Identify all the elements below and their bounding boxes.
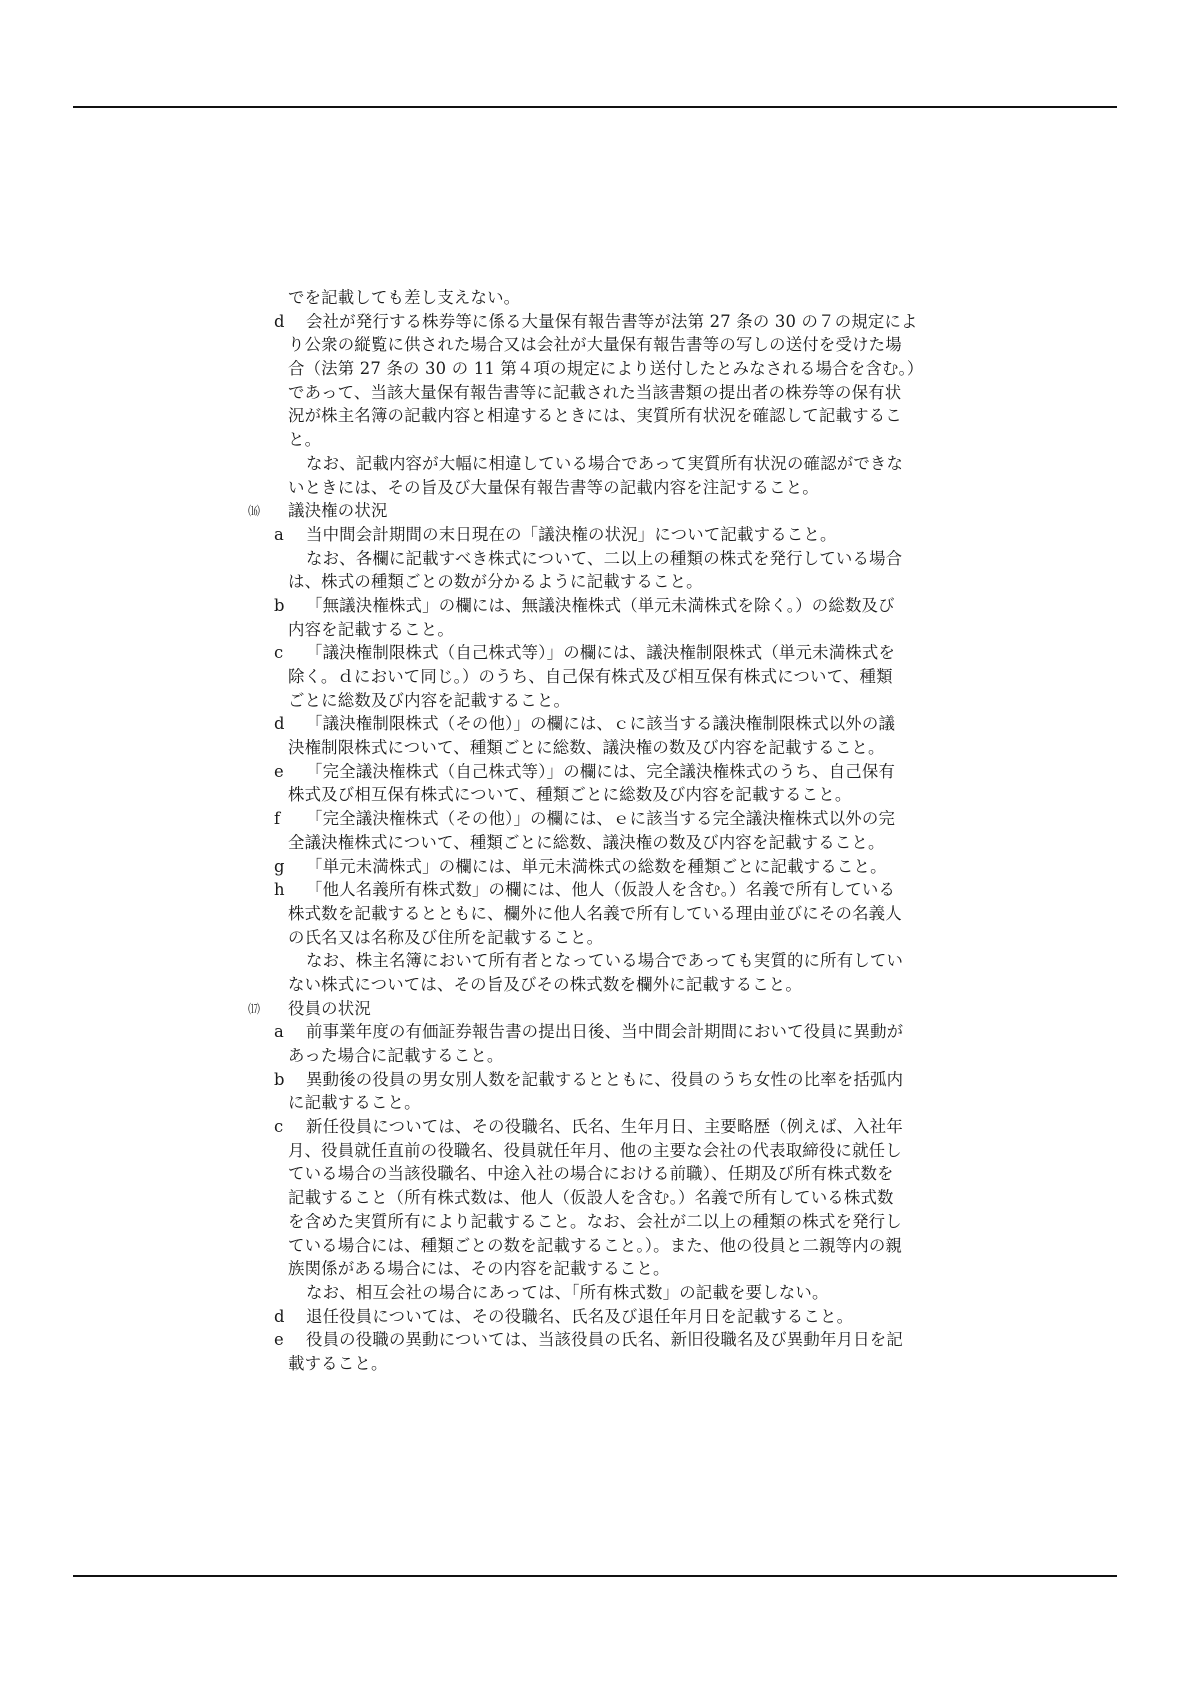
- continuation-line: 株式及び相互保有株式について、種類ごとに総数及び内容を記載すること。: [248, 783, 968, 807]
- line-text: ている場合の当該役職名、中途入社の場合における前職）、任期及び所有株式数を: [288, 1162, 894, 1186]
- line-text: あった場合に記載すること。: [288, 1044, 504, 1068]
- line-text: 除く。ｄにおいて同じ。）のうち、自己保有株式及び相互保有株式について、種類: [288, 665, 893, 689]
- continuation-line: 合（法第 27 条の 30 の 11 第４項の規定により送付したとみなされる場合…: [248, 357, 968, 381]
- item-text: 退任役員については、その役職名、氏名及び退任年月日を記載すること。: [306, 1305, 853, 1329]
- paragraph-start: なお、各欄に記載すべき株式について、二以上の種類の株式を発行している場合: [248, 547, 968, 571]
- line-text: の氏名又は名称及び住所を記載すること。: [288, 926, 603, 950]
- paragraph-text: なお、各欄に記載すべき株式について、二以上の種類の株式を発行している場合: [306, 547, 902, 571]
- continuation-line: に記載すること。: [248, 1091, 968, 1115]
- continuation-line: いときには、その旨及び大量保有報告書等の記載内容を注記すること。: [248, 476, 968, 500]
- item-text: 「完全議決権株式（その他）」の欄には、ｅに該当する完全議決権株式以外の完: [306, 807, 895, 831]
- continuation-line: は、株式の種類ごとの数が分かるように記載すること。: [248, 570, 968, 594]
- list-item: h「他人名義所有株式数」の欄には、他人（仮設人を含む。）名義で所有している: [248, 878, 968, 902]
- line-text: でを記載しても差し支えない。: [288, 286, 520, 310]
- item-text: 前事業年度の有価証券報告書の提出日後、当中間会計期間において役員に異動が: [306, 1020, 903, 1044]
- continuation-line: 記載すること（所有株式数は、他人（仮設人を含む。）名義で所有している株式数: [248, 1186, 968, 1210]
- list-item: e役員の役職の異動については、当該役員の氏名、新旧役職名及び異動年月日を記: [248, 1328, 968, 1352]
- list-item: a前事業年度の有価証券報告書の提出日後、当中間会計期間において役員に異動が: [248, 1020, 968, 1044]
- line-text: を含めた実質所有により記載すること。なお、会社が二以上の種類の株式を発行し: [288, 1210, 902, 1234]
- continuation-line: でを記載しても差し支えない。: [248, 286, 968, 310]
- list-item: e「完全議決権株式（自己株式等）」の欄には、完全議決権株式のうち、自己保有: [248, 760, 968, 784]
- continuation-line: あった場合に記載すること。: [248, 1044, 968, 1068]
- item-letter: g: [274, 855, 285, 879]
- list-item: b「無議決権株式」の欄には、無議決権株式（単元未満株式を除く。）の総数及び: [248, 594, 968, 618]
- continuation-line: ている場合の当該役職名、中途入社の場合における前職）、任期及び所有株式数を: [248, 1162, 968, 1186]
- line-text: 合（法第 27 条の 30 の 11 第４項の規定により送付したとみなされる場合…: [288, 357, 924, 381]
- paragraph-text: なお、記載内容が大幅に相違している場合であって実質所有状況の確認ができな: [306, 452, 903, 476]
- continuation-line: 族関係がある場合には、その内容を記載すること。: [248, 1257, 968, 1281]
- section-heading: ⒄役員の状況: [248, 997, 968, 1021]
- item-letter: b: [274, 594, 285, 618]
- item-text: 当中間会計期間の末日現在の「議決権の状況」について記載すること。: [306, 523, 837, 547]
- header-rule: [73, 106, 1117, 108]
- line-text: 記載すること（所有株式数は、他人（仮設人を含む。）名義で所有している株式数: [288, 1186, 894, 1210]
- item-text: 会社が発行する株券等に係る大量保有報告書等が法第 27 条の 30 の７の規定に…: [306, 310, 918, 334]
- line-text: は、株式の種類ごとの数が分かるように記載すること。: [288, 570, 703, 594]
- item-text: 新任役員については、その役職名、氏名、生年月日、主要略歴（例えば、入社年: [306, 1115, 903, 1139]
- list-item: f「完全議決権株式（その他）」の欄には、ｅに該当する完全議決権株式以外の完: [248, 807, 968, 831]
- continuation-line: であって、当該大量保有報告書等に記載された当該書類の提出者の株券等の保有状: [248, 381, 968, 405]
- line-text: 全議決権株式について、種類ごとに総数、議決権の数及び内容を記載すること。: [288, 831, 885, 855]
- line-text: いときには、その旨及び大量保有報告書等の記載内容を注記すること。: [288, 476, 819, 500]
- continuation-line: 株式数を記載するとともに、欄外に他人名義で所有している理由並びにその名義人: [248, 902, 968, 926]
- item-letter: e: [274, 1328, 284, 1352]
- section-heading: ⒃議決権の状況: [248, 499, 968, 523]
- item-letter: d: [274, 310, 285, 334]
- continuation-line: 全議決権株式について、種類ごとに総数、議決権の数及び内容を記載すること。: [248, 831, 968, 855]
- list-item: b異動後の役員の男女別人数を記載するとともに、役員のうち女性の比率を括弧内: [248, 1068, 968, 1092]
- paragraph-start: なお、株主名簿において所有者となっている場合であっても実質的に所有してい: [248, 949, 968, 973]
- item-text: 「単元未満株式」の欄には、単元未満株式の総数を種類ごとに記載すること。: [306, 855, 887, 879]
- item-text: 「完全議決権株式（自己株式等）」の欄には、完全議決権株式のうち、自己保有: [306, 760, 895, 784]
- section-title: 議決権の状況: [288, 499, 388, 523]
- item-text: 「他人名義所有株式数」の欄には、他人（仮設人を含む。）名義で所有している: [306, 878, 895, 902]
- item-letter: h: [274, 878, 285, 902]
- item-text: 「議決権制限株式（その他）」の欄には、ｃに該当する議決権制限株式以外の議: [306, 712, 895, 736]
- continuation-line: と。: [248, 428, 968, 452]
- footer-rule: [73, 1575, 1117, 1577]
- line-text: ている場合には、種類ごとの数を記載すること。）。また、他の役員と二親等内の親: [288, 1234, 902, 1258]
- item-letter: d: [274, 1305, 285, 1329]
- item-letter: c: [274, 641, 283, 665]
- line-text: 株式及び相互保有株式について、種類ごとに総数及び内容を記載すること。: [288, 783, 851, 807]
- list-item: a当中間会計期間の末日現在の「議決権の状況」について記載すること。: [248, 523, 968, 547]
- continuation-line: 内容を記載すること。: [248, 618, 968, 642]
- line-text: ない株式については、その旨及びその株式数を欄外に記載すること。: [288, 973, 802, 997]
- section-number: ⒃: [248, 500, 259, 524]
- item-text: 異動後の役員の男女別人数を記載するとともに、役員のうち女性の比率を括弧内: [306, 1068, 903, 1092]
- line-text: 決権制限株式について、種類ごとに総数、議決権の数及び内容を記載すること。: [288, 736, 885, 760]
- line-text: ごとに総数及び内容を記載すること。: [288, 689, 570, 713]
- line-text: 況が株主名簿の記載内容と相違するときには、実質所有状況を確認して記載するこ: [288, 404, 902, 428]
- paragraph-start: なお、相互会社の場合にあっては、「所有株式数」の記載を要しない。: [248, 1281, 968, 1305]
- continuation-line: り公衆の縦覧に供された場合又は会社が大量保有報告書等の写しの送付を受けた場: [248, 333, 968, 357]
- item-letter: b: [274, 1068, 285, 1092]
- list-item: g「単元未満株式」の欄には、単元未満株式の総数を種類ごとに記載すること。: [248, 855, 968, 879]
- item-letter: f: [274, 807, 280, 831]
- item-letter: e: [274, 760, 284, 784]
- continuation-line: 況が株主名簿の記載内容と相違するときには、実質所有状況を確認して記載するこ: [248, 404, 968, 428]
- item-text: 「議決権制限株式（自己株式等）」の欄には、議決権制限株式（単元未満株式を: [306, 641, 895, 665]
- list-item: d会社が発行する株券等に係る大量保有報告書等が法第 27 条の 30 の７の規定…: [248, 310, 968, 334]
- line-text: であって、当該大量保有報告書等に記載された当該書類の提出者の株券等の保有状: [288, 381, 901, 405]
- continuation-line: 決権制限株式について、種類ごとに総数、議決権の数及び内容を記載すること。: [248, 736, 968, 760]
- line-text: に記載すること。: [288, 1091, 421, 1115]
- section-number: ⒄: [248, 998, 259, 1022]
- list-item: c「議決権制限株式（自己株式等）」の欄には、議決権制限株式（単元未満株式を: [248, 641, 968, 665]
- line-text: と。: [288, 428, 321, 452]
- continuation-line: を含めた実質所有により記載すること。なお、会社が二以上の種類の株式を発行し: [248, 1210, 968, 1234]
- item-letter: c: [274, 1115, 283, 1139]
- item-letter: d: [274, 712, 285, 736]
- continuation-line: ない株式については、その旨及びその株式数を欄外に記載すること。: [248, 973, 968, 997]
- continuation-line: ている場合には、種類ごとの数を記載すること。）。また、他の役員と二親等内の親: [248, 1234, 968, 1258]
- list-item: d退任役員については、その役職名、氏名及び退任年月日を記載すること。: [248, 1305, 968, 1329]
- item-letter: a: [274, 1020, 284, 1044]
- line-text: り公衆の縦覧に供された場合又は会社が大量保有報告書等の写しの送付を受けた場: [288, 333, 902, 357]
- paragraph-text: なお、株主名簿において所有者となっている場合であっても実質的に所有してい: [306, 949, 903, 973]
- continuation-line: 月、役員就任直前の役職名、役員就任年月、他の主要な会社の代表取締役に就任し: [248, 1139, 968, 1163]
- line-text: 族関係がある場合には、その内容を記載すること。: [288, 1257, 670, 1281]
- section-title: 役員の状況: [288, 997, 371, 1021]
- continuation-line: 載すること。: [248, 1352, 968, 1376]
- list-item: c新任役員については、その役職名、氏名、生年月日、主要略歴（例えば、入社年: [248, 1115, 968, 1139]
- line-text: 内容を記載すること。: [288, 618, 454, 642]
- paragraph-start: なお、記載内容が大幅に相違している場合であって実質所有状況の確認ができな: [248, 452, 968, 476]
- item-text: 「無議決権株式」の欄には、無議決権株式（単元未満株式を除く。）の総数及び: [306, 594, 895, 618]
- line-text: 月、役員就任直前の役職名、役員就任年月、他の主要な会社の代表取締役に就任し: [288, 1139, 902, 1163]
- line-text: 株式数を記載するとともに、欄外に他人名義で所有している理由並びにその名義人: [288, 902, 902, 926]
- item-text: 役員の役職の異動については、当該役員の氏名、新旧役職名及び異動年月日を記: [306, 1328, 903, 1352]
- document-body: でを記載しても差し支えない。d会社が発行する株券等に係る大量保有報告書等が法第 …: [248, 286, 968, 1376]
- item-letter: a: [274, 523, 284, 547]
- continuation-line: ごとに総数及び内容を記載すること。: [248, 689, 968, 713]
- paragraph-text: なお、相互会社の場合にあっては、「所有株式数」の記載を要しない。: [306, 1281, 829, 1305]
- line-text: 載すること。: [288, 1352, 388, 1376]
- list-item: d「議決権制限株式（その他）」の欄には、ｃに該当する議決権制限株式以外の議: [248, 712, 968, 736]
- continuation-line: の氏名又は名称及び住所を記載すること。: [248, 926, 968, 950]
- continuation-line: 除く。ｄにおいて同じ。）のうち、自己保有株式及び相互保有株式について、種類: [248, 665, 968, 689]
